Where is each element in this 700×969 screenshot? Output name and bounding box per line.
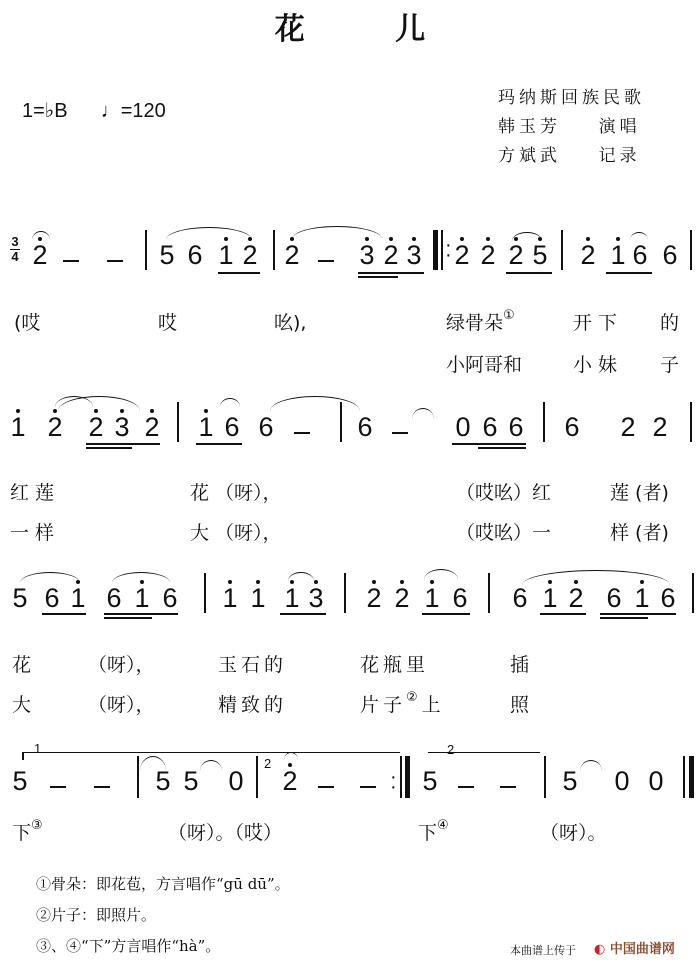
lyric: 大 <box>12 690 31 717</box>
time-signature: 3 4 <box>10 236 20 263</box>
note: 5 <box>10 583 30 614</box>
dash <box>50 786 66 788</box>
note: 3 <box>112 412 132 443</box>
note: 6 <box>104 583 124 614</box>
barline <box>544 756 546 798</box>
note: 1 <box>132 583 152 614</box>
final-barline <box>689 756 694 798</box>
note: 6 <box>256 412 276 443</box>
dash <box>458 786 474 788</box>
lyric: 开下 <box>573 308 623 335</box>
underline <box>86 447 132 449</box>
lyric: 吆), <box>274 308 306 335</box>
volta-label-2b: 2 <box>447 742 454 757</box>
lyric: 玉石的 <box>218 650 287 677</box>
note: 2 <box>30 240 50 271</box>
lyric: 花 （呀）， <box>190 478 282 505</box>
note: 6 <box>160 583 180 614</box>
note: 3 <box>306 583 326 614</box>
note: 0 <box>453 412 473 443</box>
barline <box>561 230 563 270</box>
note: 5 <box>181 766 201 797</box>
slur <box>630 232 648 240</box>
note: 2 <box>618 412 638 443</box>
underline <box>600 617 648 619</box>
lyric: 插 <box>510 650 529 677</box>
site-logo[interactable]: ◐ 中国曲谱网 <box>594 938 675 957</box>
barline <box>256 756 258 798</box>
note: 5 <box>157 240 177 271</box>
lyric: （呀）， <box>88 650 155 677</box>
note: 0 <box>646 766 666 797</box>
barline <box>344 573 346 613</box>
note: 6 <box>480 412 500 443</box>
note: 6 <box>562 412 582 443</box>
repeat-start-barline <box>433 230 438 270</box>
underline <box>478 447 526 449</box>
dash <box>107 260 123 262</box>
volta-label-1: 1 <box>34 741 41 756</box>
lyric: 小阿哥和 <box>446 350 522 377</box>
barline <box>273 230 275 270</box>
lyric: 样 (者) <box>610 518 669 545</box>
note: 6 <box>658 583 678 614</box>
note: 5 <box>560 766 580 797</box>
underline <box>422 613 470 615</box>
note: 6 <box>660 240 680 271</box>
barline <box>145 230 147 270</box>
dash <box>294 432 310 434</box>
note: 5 <box>530 240 550 271</box>
underline <box>506 272 552 274</box>
lyric: （呀）。 <box>540 818 607 845</box>
glide-icon <box>580 760 602 771</box>
lyric: 照 <box>510 690 529 717</box>
glide-icon <box>200 760 222 771</box>
lyric: 绿骨朵① <box>446 308 515 335</box>
dash <box>392 432 408 434</box>
barline <box>177 402 179 442</box>
lyric: 哎 <box>158 308 177 335</box>
barline <box>340 402 342 442</box>
credits: 玛纳斯回族民歌 韩玉芳 演唱 方斌武 记录 <box>498 84 645 171</box>
barline <box>543 402 545 442</box>
note: 2 <box>650 412 670 443</box>
note: 2 <box>566 583 586 614</box>
underline <box>86 443 160 445</box>
lyric: 下③ <box>12 818 43 845</box>
lyric: 花 <box>12 650 31 677</box>
upload-note: 本曲谱上传于 <box>510 942 576 958</box>
lyric: 下④ <box>418 818 449 845</box>
fermata-icon <box>284 752 298 760</box>
note: 2 <box>240 240 260 271</box>
note: 1 <box>282 583 302 614</box>
footnote-3: ③、④“下”方言唱作“hà”。 <box>36 935 220 956</box>
note: 6 <box>42 583 62 614</box>
note: 6 <box>510 583 530 614</box>
note: 5 <box>153 766 173 797</box>
slur <box>220 398 240 407</box>
underline <box>600 613 676 615</box>
note: 2 <box>392 583 412 614</box>
note: 6 <box>506 412 526 443</box>
note: 2 <box>381 240 401 271</box>
note: 1 <box>632 583 652 614</box>
underline <box>196 443 242 445</box>
underline <box>358 272 424 274</box>
barline <box>400 756 402 798</box>
note: 1 <box>540 583 560 614</box>
note: 1 <box>196 412 216 443</box>
credit-singer: 韩玉芳 演唱 <box>498 113 645 142</box>
dash <box>318 786 334 788</box>
dash <box>360 786 376 788</box>
logo-icon: ◐ <box>594 942 605 957</box>
underline <box>280 613 326 615</box>
note: 0 <box>226 766 246 797</box>
lyric: 小妹 <box>573 350 623 377</box>
note: 3 <box>357 240 377 271</box>
note: 3 <box>404 240 424 271</box>
lyric: (哎 <box>14 308 40 335</box>
key-signature: 1=♭B <box>22 100 68 122</box>
note: 2 <box>86 412 106 443</box>
note: 2 <box>478 240 498 271</box>
note: 1 <box>248 583 268 614</box>
note: 6 <box>222 412 242 443</box>
note: 5 <box>10 766 30 797</box>
lyric: （哎吆）一 <box>456 518 551 545</box>
lyric: 片子②上 <box>360 690 445 717</box>
note: 0 <box>612 766 632 797</box>
underline <box>452 443 526 445</box>
lyric: 的 <box>660 308 679 335</box>
note: 2 <box>282 240 302 271</box>
underline <box>606 272 652 274</box>
note: 6 <box>604 583 624 614</box>
note: 6 <box>630 240 650 271</box>
repeat-dots: ·· <box>390 772 397 792</box>
note: 1 <box>422 583 442 614</box>
note: 5 <box>420 766 440 797</box>
slur <box>166 227 252 240</box>
key-tempo: 1=♭B ♩=120 <box>22 98 166 123</box>
note: 1 <box>68 583 88 614</box>
note: 1 <box>216 240 236 271</box>
dash <box>94 786 110 788</box>
note: 2 <box>142 412 162 443</box>
dash <box>500 786 516 788</box>
slur <box>20 572 80 583</box>
barline <box>204 573 206 613</box>
underline <box>218 272 260 274</box>
song-title: 花 儿 <box>0 4 700 48</box>
dash <box>63 260 79 262</box>
lyric: 精致的 <box>218 690 287 717</box>
underline <box>104 613 178 615</box>
lyric: 花瓶里 <box>360 650 429 677</box>
note: 2 <box>364 583 384 614</box>
note: 1 <box>8 412 28 443</box>
credit-origin: 玛纳斯回族民歌 <box>498 84 645 113</box>
note: 2 <box>45 412 65 443</box>
lyric: （呀）。（哎） <box>168 818 282 845</box>
underline <box>42 613 86 615</box>
lyric: 子 <box>660 350 679 377</box>
barline <box>690 402 692 442</box>
barline <box>690 230 692 270</box>
site-name: 中国曲谱网 <box>610 942 675 957</box>
credit-recorder: 方斌武 记录 <box>498 142 645 171</box>
barline <box>488 573 490 613</box>
underline <box>540 613 586 615</box>
note: 2 <box>280 766 300 797</box>
note: 2 <box>578 240 598 271</box>
note: 2 <box>452 240 472 271</box>
lyric: 红 莲 <box>10 478 54 505</box>
note: 1 <box>608 240 628 271</box>
lyric: 一 样 <box>10 518 54 545</box>
barline <box>441 230 443 270</box>
repeat-dots: ·· <box>445 240 452 260</box>
footnote-2: ②片子：即照片。 <box>36 904 156 925</box>
lyric: （呀）， <box>88 690 155 717</box>
ornament-slur <box>424 569 458 580</box>
underline <box>358 276 398 278</box>
volta-bracket-2 <box>428 752 540 753</box>
dash <box>318 260 334 262</box>
note: 6 <box>450 583 470 614</box>
tie <box>270 396 360 411</box>
glide-icon <box>412 408 434 419</box>
lyric: 莲 (者) <box>610 478 669 505</box>
note: 6 <box>355 412 375 443</box>
lyric: 大 （呀）， <box>190 518 282 545</box>
lyric: （哎吆）红 <box>456 478 551 505</box>
footnote-1: ①骨朵：即花苞，方言唱作“gū dū”。 <box>36 873 290 894</box>
barline <box>692 573 694 613</box>
repeat-end-barline <box>405 756 410 798</box>
underline <box>104 617 152 619</box>
barline <box>683 756 685 798</box>
volta-hook <box>22 752 24 760</box>
barline <box>137 756 139 798</box>
tempo-marking: ♩=120 <box>101 100 166 122</box>
note: 1 <box>220 583 240 614</box>
note: 6 <box>185 240 205 271</box>
volta-bracket-1 <box>24 752 400 753</box>
note: 2 <box>506 240 526 271</box>
volta-label-2: 2 <box>264 756 271 771</box>
